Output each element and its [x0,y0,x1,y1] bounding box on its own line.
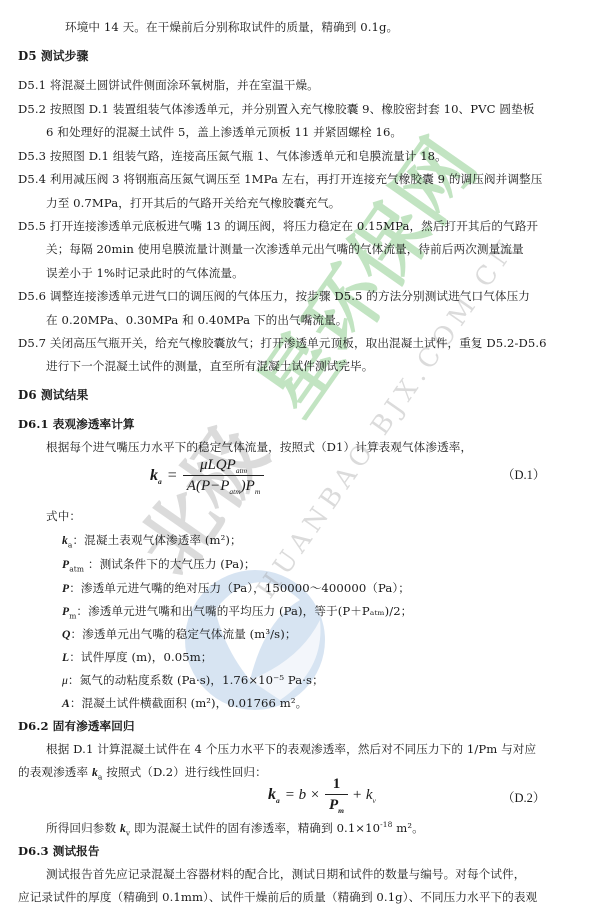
equation-number-d1: （D.1） [502,465,545,483]
document-page: 北极 星环保网 HUANBAO.BJX.COM.CN 环境中 14 天。在干燥前… [0,0,600,910]
subsection-heading-d6-2: D6.2 固有渗透率回归 [18,718,135,734]
step-d5-6: D5.6 调整连接渗透单元进气口的调压阀的气体压力，按步骤 D5.5 的方法分别… [18,288,530,304]
paragraph-d6-2: 根据 D.1 计算混凝土试件在 4 个压力水平下的表观渗透率，然后对不同压力下的… [46,741,536,757]
paragraph-kv-result: 所得回归参数 kv 即为混凝土试件的固有渗透率，精确到 0.1×10-18 m²… [46,820,424,837]
step-d5-4-cont: 力至 0.7MPa，打开其后的气路开关给充气橡胶囊充气。 [46,195,340,211]
svg-text:HUANBAO.BJX.COM.CN: HUANBAO.BJX.COM.CN [251,231,525,604]
step-d5-2: D5.2 按照图 D.1 装置组装气体渗透单元，并分别置入充气橡胶囊 9、橡胶密… [18,101,534,117]
variable-definition: Patm ：测试条件下的大气压力 (Pa)； [62,556,256,573]
formula-d2: ka = b × 1 Pm + kv [268,775,376,815]
variable-definition: μ：氮气的动粘度系数 (Pa·s)，1.76×10⁻⁵ Pa·s； [62,672,324,689]
variable-definition: Q：渗透单元出气嘴的稳定气体流量 (m³/s)； [62,626,297,643]
variable-definition: L：试件厚度 (m)，0.05m； [62,649,212,666]
step-d5-4: D5.4 利用减压阀 3 将钢瓶高压氮气调压至 1MPa 左右，再打开连接充气橡… [18,171,542,187]
paragraph-line: 环境中 14 天。在干燥前后分别称取试件的质量，精确到 0.1g。 [65,19,398,35]
step-d5-7: D5.7 关闭高压气瓶开关，给充气橡胶囊放气；打开渗透单元顶板，取出混凝土试件，… [18,335,547,351]
formula-d1: ka = μLQPatm A(P−Patm)Pm [150,456,264,496]
equation-number-d2: （D.2） [502,788,545,806]
subsection-heading-d6-1: D6.1 表观渗透率计算 [18,416,135,432]
paragraph-d6-2-cont: 的表观渗透率 ka 按照式（D.2）进行线性回归： [18,764,267,781]
step-d5-5: D5.5 打开连接渗透单元底板进气嘴 13 的调压阀，将压力稳定在 0.15MP… [18,218,538,234]
section-heading-d6: D6 测试结果 [18,387,88,403]
step-d5-7-cont: 进行下一个混凝土试件的测量，直至所有混凝土试件测试完毕。 [46,358,373,374]
svg-text:星环保网: 星环保网 [242,124,495,431]
subsection-heading-d6-3: D6.3 测试报告 [18,843,100,859]
step-d5-5-cont1: 关；每隔 20min 使用皂膜流量计测量一次渗透单元出气嘴的气体流量，待前后两次… [46,241,524,257]
variable-definition: Pm：渗透单元进气嘴和出气嘴的平均压力 (Pa)，等于(P＋Pₐₜₘ)/2； [62,603,412,620]
step-d5-2-cont: 6 和处理好的混凝土试件 5，盖上渗透单元顶板 11 并紧固螺栓 16。 [46,124,402,140]
where-label: 式中： [46,508,81,524]
variable-definition: ka：混凝土表观气体渗透率 (m²)； [62,532,242,549]
step-d5-1: D5.1 将混凝土圆饼试件侧面涂环氧树脂，并在室温干燥。 [18,77,319,93]
step-d5-3: D5.3 按照图 D.1 组装气路，连接高压氮气瓶 1、气体渗透单元和皂膜流量计… [18,148,447,164]
step-d5-6-cont: 在 0.20MPa、0.30MPa 和 0.40MPa 下的出气嘴流量。 [46,312,348,328]
variable-definition: P：渗透单元进气嘴的绝对压力（Pa），150000～400000（Pa）； [62,580,410,597]
paragraph-d6-3: 测试报告首先应记录混凝土容器材料的配合比，测试日期和试件的数量与编号。对每个试件… [46,866,525,882]
section-heading-d5: D5 测试步骤 [18,48,88,64]
paragraph-d6-3-cont: 应记录试件的厚度（精确到 0.1mm）、试件干燥前后的质量（精确到 0.1g）、… [18,889,537,905]
paragraph-d6-1: 根据每个进气嘴压力水平下的稳定气体流量，按照式（D1）计算表观气体渗透率， [46,439,472,455]
step-d5-5-cont2: 误差小于 1%时记录此时的气体流量。 [46,265,244,281]
variable-definition: A：混凝土试件横截面积 (m²)，0.01766 m²。 [62,695,307,712]
